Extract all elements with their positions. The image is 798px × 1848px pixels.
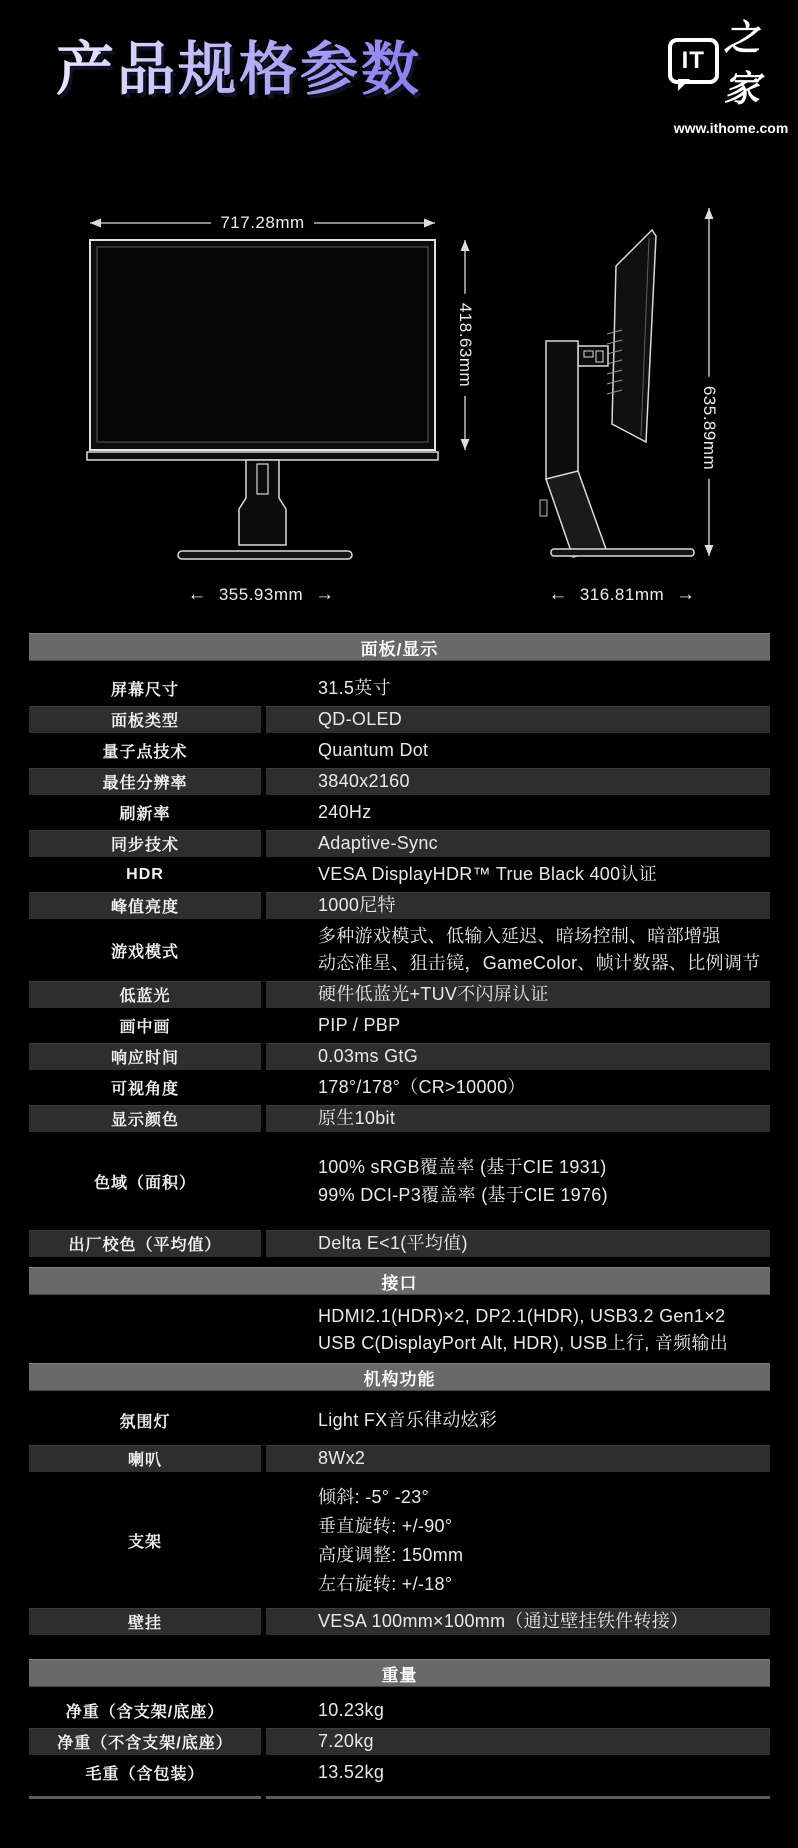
spec-label: 低蓝光 <box>119 983 170 1006</box>
table-bottom-border <box>29 1796 770 1799</box>
arrow-right-icon: → <box>676 584 696 606</box>
section-header: 机构功能 <box>29 1363 770 1391</box>
spec-label: 净重（含支架/底座） <box>66 1699 224 1722</box>
monitor-dimension-diagram <box>0 0 798 620</box>
spec-value: 100% sRGB覆盖率 (基于CIE 1931) <box>318 1153 770 1181</box>
arrow-left-icon: ← <box>187 584 207 606</box>
spec-value: 8Wx2 <box>318 1445 770 1472</box>
spec-row: 画中画PIP / PBP <box>29 1012 770 1039</box>
spec-row: 可视角度178°/178°（CR>10000） <box>29 1074 770 1101</box>
dim-front-base-width: ← 355.93mm → <box>187 584 334 606</box>
dim-side-height-value: 635.89mm <box>698 377 720 479</box>
spec-value: Quantum Dot <box>318 737 770 764</box>
spec-label-cell: 最佳分辨率 <box>29 768 261 795</box>
spec-row: 响应时间0.03ms GtG <box>29 1043 770 1070</box>
spec-value-cell: QD-OLED <box>266 706 770 733</box>
spec-value-cell: 7.20kg <box>266 1728 770 1755</box>
spec-label: 毛重（含包装） <box>85 1761 204 1784</box>
spec-value: 高度调整: 150mm <box>318 1545 770 1565</box>
dim-side-base-depth-value: 316.81mm <box>580 585 664 605</box>
spec-section: 重量净重（含支架/底座）10.23kg净重（不含支架/底座）7.20kg毛重（含… <box>29 1659 770 1786</box>
section-rows: HDMI2.1(HDR)×2, DP2.1(HDR), USB3.2 Gen1×… <box>29 1303 770 1357</box>
spec-value: 硬件低蓝光+TUV不闪屏认证 <box>318 981 770 1008</box>
spec-section: 机构功能氛围灯Light FX音乐律动炫彩喇叭8Wx2支架倾斜: -5° -23… <box>29 1363 770 1635</box>
spec-value: VESA DisplayHDR™ True Black 400认证 <box>318 861 770 888</box>
spec-label-cell: 游戏模式 <box>29 923 261 977</box>
spec-row: 色域（面积）100% sRGB覆盖率 (基于CIE 1931)99% DCI-P… <box>29 1136 770 1226</box>
spec-label-cell: 刷新率 <box>29 799 261 826</box>
spec-label-cell: 峰值亮度 <box>29 892 261 919</box>
section-title: 接口 <box>382 1269 418 1294</box>
spec-value-cell: Light FX音乐律动炫彩 <box>266 1399 770 1441</box>
spec-value-cell: 31.5英寸 <box>266 675 770 702</box>
spec-value: USB C(DisplayPort Alt, HDR), USB上行, 音频输出 <box>318 1330 770 1357</box>
dim-side-height: 635.89mm <box>698 377 720 479</box>
dim-front-base-width-value: 355.93mm <box>219 585 303 605</box>
spec-label-cell: 同步技术 <box>29 830 261 857</box>
spec-label: 氛围灯 <box>119 1409 170 1432</box>
spec-label: 最佳分辨率 <box>102 770 187 793</box>
section-rows: 屏幕尺寸31.5英寸面板类型QD-OLED量子点技术Quantum Dot最佳分… <box>29 675 770 1257</box>
spec-section: 面板/显示屏幕尺寸31.5英寸面板类型QD-OLED量子点技术Quantum D… <box>29 633 770 1257</box>
spec-value: 7.20kg <box>318 1728 770 1755</box>
section-rows: 净重（含支架/底座）10.23kg净重（不含支架/底座）7.20kg毛重（含包装… <box>29 1697 770 1786</box>
spec-value: Adaptive-Sync <box>318 830 770 857</box>
spec-label: 净重（不含支架/底座） <box>57 1730 232 1753</box>
spec-row: HDMI2.1(HDR)×2, DP2.1(HDR), USB3.2 Gen1×… <box>29 1303 770 1357</box>
spec-row: 支架倾斜: -5° -23°垂直旋转: +/-90°高度调整: 150mm左右旋… <box>29 1476 770 1604</box>
spec-row: 量子点技术Quantum Dot <box>29 737 770 764</box>
spec-label: 可视角度 <box>111 1076 179 1099</box>
section-title: 重量 <box>382 1661 418 1686</box>
spec-label: HDR <box>126 866 164 884</box>
spec-value-cell: VESA DisplayHDR™ True Black 400认证 <box>266 861 770 888</box>
spec-row: 净重（含支架/底座）10.23kg <box>29 1697 770 1724</box>
spec-row: 屏幕尺寸31.5英寸 <box>29 675 770 702</box>
table-bottom-border-left <box>29 1796 261 1799</box>
spec-row: 峰值亮度1000尼特 <box>29 892 770 919</box>
section-title: 机构功能 <box>364 1365 436 1390</box>
spec-value-cell: 10.23kg <box>266 1697 770 1724</box>
arrow-left-icon: ← <box>548 584 568 606</box>
section-header: 重量 <box>29 1659 770 1687</box>
spec-label-cell: 色域（面积） <box>29 1136 261 1226</box>
spec-value: 3840x2160 <box>318 768 770 795</box>
spec-label-cell: 喇叭 <box>29 1445 261 1472</box>
spec-value: Light FX音乐律动炫彩 <box>318 1407 770 1434</box>
dim-side-base-depth: ← 316.81mm → <box>548 584 695 606</box>
dim-front-height: 418.63mm <box>454 294 476 396</box>
spec-label-cell: 面板类型 <box>29 706 261 733</box>
spec-row: 刷新率240Hz <box>29 799 770 826</box>
spec-value-cell: 100% sRGB覆盖率 (基于CIE 1931)99% DCI-P3覆盖率 (… <box>266 1136 770 1226</box>
spec-label-cell: 毛重（含包装） <box>29 1759 261 1786</box>
spec-label-cell: 净重（含支架/底座） <box>29 1697 261 1724</box>
spec-label: 量子点技术 <box>102 739 187 762</box>
spec-label-cell: 低蓝光 <box>29 981 261 1008</box>
spec-label-cell: 画中画 <box>29 1012 261 1039</box>
spec-value-cell: 8Wx2 <box>266 1445 770 1472</box>
spec-value-cell: 13.52kg <box>266 1759 770 1786</box>
spec-value-cell: HDMI2.1(HDR)×2, DP2.1(HDR), USB3.2 Gen1×… <box>266 1303 770 1357</box>
spec-row: 氛围灯Light FX音乐律动炫彩 <box>29 1399 770 1441</box>
spec-value-cell: Adaptive-Sync <box>266 830 770 857</box>
spec-label-cell: 响应时间 <box>29 1043 261 1070</box>
dim-front-height-value: 418.63mm <box>454 294 476 396</box>
spec-value-cell: 0.03ms GtG <box>266 1043 770 1070</box>
section-header: 面板/显示 <box>29 633 770 661</box>
spec-label-cell: 净重（不含支架/底座） <box>29 1728 261 1755</box>
spec-label: 显示颜色 <box>111 1107 179 1130</box>
spec-section: 接口HDMI2.1(HDR)×2, DP2.1(HDR), USB3.2 Gen… <box>29 1267 770 1357</box>
spec-value-cell: 原生10bit <box>266 1105 770 1132</box>
spec-row: 毛重（含包装）13.52kg <box>29 1759 770 1786</box>
spec-value: 31.5英寸 <box>318 675 770 702</box>
spec-row: 同步技术Adaptive-Sync <box>29 830 770 857</box>
spec-label-cell <box>29 1303 261 1357</box>
spec-value: 原生10bit <box>318 1105 770 1132</box>
spec-infographic: 产品规格参数 IT 之家 www.ithome.com <box>0 0 798 1848</box>
spec-row: 出厂校色（平均值）Delta E<1(平均值) <box>29 1230 770 1257</box>
spec-label: 支架 <box>128 1529 162 1552</box>
spec-value-cell: 178°/178°（CR>10000） <box>266 1074 770 1101</box>
spec-row: 最佳分辨率3840x2160 <box>29 768 770 795</box>
spec-value: 多种游戏模式、低输入延迟、暗场控制、暗部增强 <box>318 923 770 950</box>
spec-label-cell: HDR <box>29 861 261 888</box>
dim-front-width-value: 717.28mm <box>211 212 313 234</box>
spec-label-cell: 氛围灯 <box>29 1399 261 1441</box>
spec-row: 低蓝光硬件低蓝光+TUV不闪屏认证 <box>29 981 770 1008</box>
spec-label-cell: 屏幕尺寸 <box>29 675 261 702</box>
spec-label: 峰值亮度 <box>111 894 179 917</box>
spec-value-cell: Delta E<1(平均值) <box>266 1230 770 1257</box>
spec-row: 净重（不含支架/底座）7.20kg <box>29 1728 770 1755</box>
spec-value: 左右旋转: +/-18° <box>318 1574 770 1594</box>
spec-value-cell: 3840x2160 <box>266 768 770 795</box>
spec-value: 178°/178°（CR>10000） <box>318 1074 770 1101</box>
spec-value: 10.23kg <box>318 1697 770 1724</box>
spec-label: 刷新率 <box>119 801 170 824</box>
section-title: 面板/显示 <box>361 635 439 660</box>
spec-label: 色域（面积） <box>94 1170 196 1193</box>
spec-value-cell: 多种游戏模式、低输入延迟、暗场控制、暗部增强动态准星、狙击镜，GameColor… <box>266 923 770 977</box>
dim-front-width: 717.28mm <box>90 212 435 234</box>
spec-label: 出厂校色（平均值） <box>68 1232 221 1255</box>
spec-row: 壁挂VESA 100mm×100mm（通过壁挂铁件转接） <box>29 1608 770 1635</box>
spec-label: 壁挂 <box>128 1610 162 1633</box>
spec-value: VESA 100mm×100mm（通过壁挂铁件转接） <box>318 1608 770 1635</box>
spec-label: 画中画 <box>119 1014 170 1037</box>
spec-value: 垂直旋转: +/-90° <box>318 1516 770 1536</box>
spec-value-cell: Quantum Dot <box>266 737 770 764</box>
spec-label: 响应时间 <box>111 1045 179 1068</box>
spec-row: 游戏模式多种游戏模式、低输入延迟、暗场控制、暗部增强动态准星、狙击镜，GameC… <box>29 923 770 977</box>
spec-value: 99% DCI-P3覆盖率 (基于CIE 1976) <box>318 1181 770 1209</box>
spec-label-cell: 可视角度 <box>29 1074 261 1101</box>
spec-value-cell: 倾斜: -5° -23°垂直旋转: +/-90°高度调整: 150mm左右旋转:… <box>266 1476 770 1604</box>
spec-value: 0.03ms GtG <box>318 1043 770 1070</box>
spec-label: 屏幕尺寸 <box>111 677 179 700</box>
spec-sections: 面板/显示屏幕尺寸31.5英寸面板类型QD-OLED量子点技术Quantum D… <box>29 633 770 1786</box>
spec-label-cell: 壁挂 <box>29 1608 261 1635</box>
spec-value-cell: 硬件低蓝光+TUV不闪屏认证 <box>266 981 770 1008</box>
spec-value: 240Hz <box>318 799 770 826</box>
spec-value-cell: 240Hz <box>266 799 770 826</box>
spec-value: Delta E<1(平均值) <box>318 1230 770 1257</box>
spec-value: HDMI2.1(HDR)×2, DP2.1(HDR), USB3.2 Gen1×… <box>318 1303 770 1330</box>
spec-label: 游戏模式 <box>111 939 179 962</box>
spec-label-cell: 支架 <box>29 1476 261 1604</box>
spec-row: 面板类型QD-OLED <box>29 706 770 733</box>
spec-row: HDRVESA DisplayHDR™ True Black 400认证 <box>29 861 770 888</box>
spec-value: PIP / PBP <box>318 1012 770 1039</box>
section-header: 接口 <box>29 1267 770 1295</box>
arrow-right-icon: → <box>315 584 335 606</box>
spec-label: 面板类型 <box>111 708 179 731</box>
spec-value: QD-OLED <box>318 706 770 733</box>
spec-label-cell: 量子点技术 <box>29 737 261 764</box>
section-rows: 氛围灯Light FX音乐律动炫彩喇叭8Wx2支架倾斜: -5° -23°垂直旋… <box>29 1399 770 1635</box>
spec-row: 喇叭8Wx2 <box>29 1445 770 1472</box>
spec-value: 13.52kg <box>318 1759 770 1786</box>
spec-table: 面板/显示屏幕尺寸31.5英寸面板类型QD-OLED量子点技术Quantum D… <box>29 633 770 1799</box>
table-bottom-border-right <box>266 1796 770 1799</box>
spec-row: 显示颜色原生10bit <box>29 1105 770 1132</box>
spec-value-cell: 1000尼特 <box>266 892 770 919</box>
spec-label: 同步技术 <box>111 832 179 855</box>
spec-label-cell: 显示颜色 <box>29 1105 261 1132</box>
spec-value-cell: PIP / PBP <box>266 1012 770 1039</box>
spec-value: 1000尼特 <box>318 892 770 919</box>
spec-label-cell: 出厂校色（平均值） <box>29 1230 261 1257</box>
spec-value-cell: VESA 100mm×100mm（通过壁挂铁件转接） <box>266 1608 770 1635</box>
spec-value: 倾斜: -5° -23° <box>318 1487 770 1507</box>
spec-value: 动态准星、狙击镜，GameColor、帧计数器、比例调节 <box>318 950 770 977</box>
spec-label: 喇叭 <box>128 1447 162 1470</box>
